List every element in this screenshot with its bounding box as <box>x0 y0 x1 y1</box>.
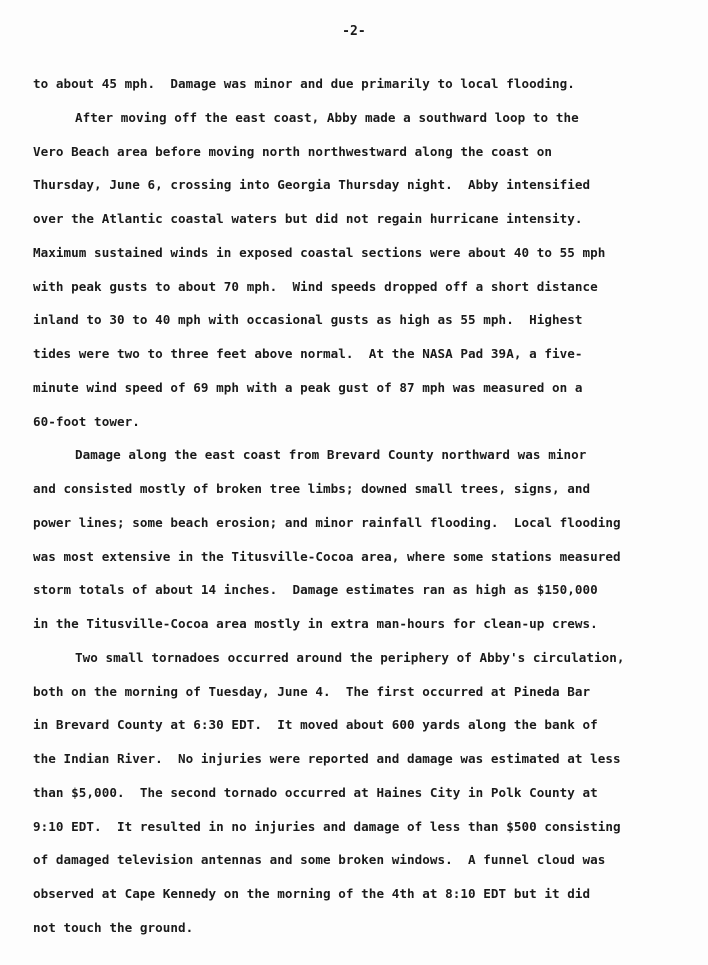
text-line: observed at Cape Kennedy on the morning … <box>33 886 590 902</box>
text-line: was most extensive in the Titusville-Coc… <box>33 549 621 565</box>
paragraph-first-line: Two small tornadoes occurred around the … <box>75 650 625 666</box>
text-line: tides were two to three feet above norma… <box>33 346 583 362</box>
paragraph-first-line: After moving off the east coast, Abby ma… <box>75 110 579 126</box>
text-line: both on the morning of Tuesday, June 4. … <box>33 684 590 700</box>
text-line: to about 45 mph. Damage was minor and du… <box>33 76 575 92</box>
text-line: of damaged television antennas and some … <box>33 852 605 868</box>
text-line: over the Atlantic coastal waters but did… <box>33 211 583 227</box>
document-page: -2- to about 45 mph. Damage was minor an… <box>0 0 708 965</box>
text-line: inland to 30 to 40 mph with occasional g… <box>33 312 583 328</box>
text-line: in the Titusville-Cocoa area mostly in e… <box>33 616 598 632</box>
text-line: than $5,000. The second tornado occurred… <box>33 785 598 801</box>
text-line: 9:10 EDT. It resulted in no injuries and… <box>33 819 621 835</box>
text-line: Vero Beach area before moving north nort… <box>33 144 552 160</box>
text-line: Maximum sustained winds in exposed coast… <box>33 245 605 261</box>
text-line: minute wind speed of 69 mph with a peak … <box>33 380 583 396</box>
page-number: -2- <box>0 24 708 39</box>
text-line: with peak gusts to about 70 mph. Wind sp… <box>33 279 598 295</box>
text-line: not touch the ground. <box>33 920 193 936</box>
text-line: Thursday, June 6, crossing into Georgia … <box>33 177 590 193</box>
paragraph-first-line: Damage along the east coast from Brevard… <box>75 447 586 463</box>
text-line: the Indian River. No injuries were repor… <box>33 751 621 767</box>
text-line: storm totals of about 14 inches. Damage … <box>33 582 598 598</box>
text-line: power lines; some beach erosion; and min… <box>33 515 621 531</box>
text-line: and consisted mostly of broken tree limb… <box>33 481 590 497</box>
text-line: 60-foot tower. <box>33 414 140 430</box>
text-line: in Brevard County at 6:30 EDT. It moved … <box>33 717 598 733</box>
